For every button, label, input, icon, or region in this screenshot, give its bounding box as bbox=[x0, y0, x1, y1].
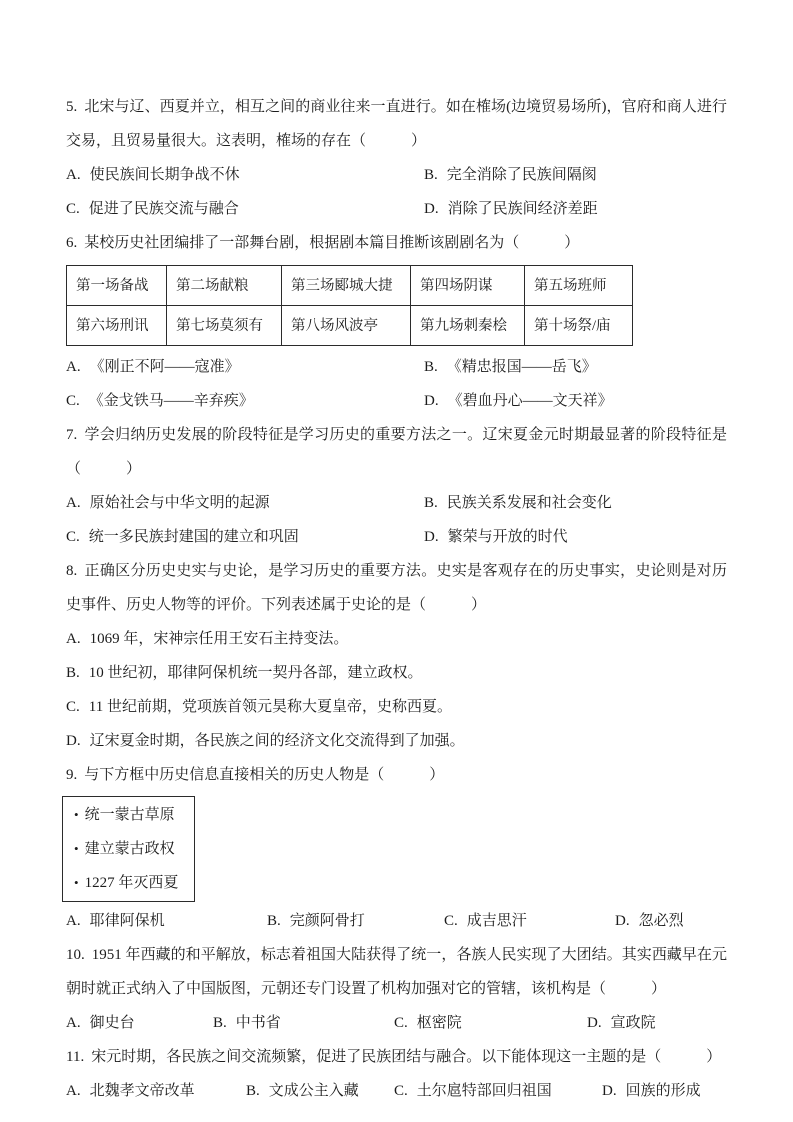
option-label: B. bbox=[424, 495, 438, 511]
question-stem: 10.1951 年西藏的和平解放，标志着祖国大陆获得了统一，各族人民实现了大团结… bbox=[66, 938, 727, 1006]
question-stem: 7.学会归纳历史发展的阶段特征是学习历史的重要方法之一。辽宋夏金元时期最显著的阶… bbox=[66, 418, 727, 486]
options-row: A.北魏孝文帝改革 B.文成公主入藏 C.土尔扈特部回归祖国 D.回族的形成 bbox=[66, 1074, 727, 1108]
option-a: A.使民族间长期争战不休 bbox=[66, 158, 424, 192]
option-label: A. bbox=[66, 167, 81, 183]
option-d: D.《碧血丹心——文天祥》 bbox=[424, 384, 727, 418]
option-label: D. bbox=[602, 1083, 617, 1099]
options-row: A.御史台 B.中书省 C.枢密院 D.宣政院 bbox=[66, 1006, 727, 1040]
option-text: 宣政院 bbox=[611, 1015, 656, 1031]
question-number: 6. bbox=[66, 235, 77, 251]
question-text: 与下方框中历史信息直接相关的历史人物是（ ） bbox=[84, 767, 444, 783]
option-label: D. bbox=[424, 201, 439, 217]
question-7: 7.学会归纳历史发展的阶段特征是学习历史的重要方法之一。辽宋夏金元时期最显著的阶… bbox=[66, 418, 727, 554]
option-text: 成吉思汗 bbox=[467, 913, 527, 929]
option-label: D. bbox=[424, 529, 439, 545]
table-cell: 第九场刺秦桧 bbox=[411, 306, 525, 346]
question-8: 8.正确区分历史史实与史论，是学习历史的重要方法。史实是客观存在的历史事实，史论… bbox=[66, 554, 727, 758]
option-text: 《金戈铁马——辛弃疾》 bbox=[89, 393, 254, 409]
question-stem: 6.某校历史社团编排了一部舞台剧，根据剧本篇目推断该剧剧名为（ ） bbox=[66, 226, 727, 260]
option-c: C.成吉思汗 bbox=[444, 904, 615, 938]
option-c: C.11 世纪前期，党项族首领元昊称大夏皇帝，史称西夏。 bbox=[66, 690, 727, 724]
option-text: 11 世纪前期，党项族首领元昊称大夏皇帝，史称西夏。 bbox=[89, 699, 452, 715]
question-11: 11.宋元时期，各民族之间交流频繁，促进了民族团结与融合。以下能体现这一主题的是… bbox=[66, 1040, 727, 1108]
option-label: A. bbox=[66, 631, 81, 647]
option-label: C. bbox=[66, 699, 80, 715]
bullet-icon: • bbox=[74, 807, 79, 822]
option-text: 北魏孝文帝改革 bbox=[90, 1083, 195, 1099]
option-label: C. bbox=[394, 1083, 408, 1099]
option-text: 辽宋夏金时期，各民族之间的经济文化交流得到了加强。 bbox=[90, 733, 465, 749]
question-text: 1951 年西藏的和平解放，标志着祖国大陆获得了统一，各族人民实现了大团结。其实… bbox=[66, 947, 727, 997]
option-text: 忽必烈 bbox=[639, 913, 684, 929]
question-text: 宋元时期，各民族之间交流频繁，促进了民族团结与融合。以下能体现这一主题的是（ ） bbox=[91, 1049, 721, 1065]
question-number: 9. bbox=[66, 767, 77, 783]
question-number: 7. bbox=[66, 427, 77, 443]
option-b: B.文成公主入藏 bbox=[246, 1074, 394, 1108]
option-text: 土尔扈特部回归祖国 bbox=[417, 1083, 552, 1099]
option-text: 繁荣与开放的时代 bbox=[448, 529, 568, 545]
play-scenes-table: 第一场备战 第二场献粮 第三场郾城大捷 第四场阴谋 第五场班师 第六场刑讯 第七… bbox=[66, 265, 633, 346]
list-item: •统一蒙古草原 bbox=[74, 798, 178, 832]
option-label: D. bbox=[615, 913, 630, 929]
option-label: C. bbox=[66, 529, 80, 545]
question-stem: 9.与下方框中历史信息直接相关的历史人物是（ ） bbox=[66, 758, 727, 792]
option-d: D.宣政院 bbox=[587, 1006, 656, 1040]
option-label: A. bbox=[66, 1083, 81, 1099]
question-10: 10.1951 年西藏的和平解放，标志着祖国大陆获得了统一，各族人民实现了大团结… bbox=[66, 938, 727, 1040]
table-cell: 第八场风波亭 bbox=[282, 306, 411, 346]
table-cell: 第四场阴谋 bbox=[411, 266, 525, 306]
list-item-text: 统一蒙古草原 bbox=[85, 807, 175, 823]
table-cell: 第七场莫须有 bbox=[167, 306, 282, 346]
table-cell: 第十场祭/庙 bbox=[525, 306, 633, 346]
option-c: C.促进了民族交流与融合 bbox=[66, 192, 424, 226]
option-label: D. bbox=[424, 393, 439, 409]
option-d: D.繁荣与开放的时代 bbox=[424, 520, 727, 554]
option-text: 消除了民族间经济差距 bbox=[448, 201, 598, 217]
option-label: C. bbox=[444, 913, 458, 929]
option-d: D.辽宋夏金时期，各民族之间的经济文化交流得到了加强。 bbox=[66, 724, 727, 758]
table-cell: 第一场备战 bbox=[67, 266, 167, 306]
option-text: 完全消除了民族间隔阂 bbox=[447, 167, 597, 183]
option-a: A.北魏孝文帝改革 bbox=[66, 1074, 246, 1108]
option-b: B.《精忠报国——岳飞》 bbox=[424, 350, 727, 384]
option-text: 1069 年，宋神宗任用王安石主持变法。 bbox=[90, 631, 349, 647]
option-label: A. bbox=[66, 359, 81, 375]
option-a: A.《刚正不阿——寇准》 bbox=[66, 350, 424, 384]
bullet-icon: • bbox=[74, 841, 79, 856]
question-number: 11. bbox=[66, 1049, 84, 1065]
option-label: D. bbox=[66, 733, 81, 749]
option-b: B.完颜阿骨打 bbox=[267, 904, 444, 938]
option-d: D.忽必烈 bbox=[615, 904, 684, 938]
table-row: 第一场备战 第二场献粮 第三场郾城大捷 第四场阴谋 第五场班师 bbox=[67, 266, 633, 306]
option-a: A.原始社会与中华文明的起源 bbox=[66, 486, 424, 520]
option-label: B. bbox=[66, 665, 80, 681]
list-item: •1227 年灭西夏 bbox=[74, 866, 178, 900]
option-c: C.枢密院 bbox=[394, 1006, 587, 1040]
option-text: 回族的形成 bbox=[626, 1083, 701, 1099]
option-text: 《精忠报国——岳飞》 bbox=[447, 359, 597, 375]
option-text: 《碧血丹心——文天祥》 bbox=[448, 393, 613, 409]
table-cell: 第六场刑讯 bbox=[67, 306, 167, 346]
option-b: B.10 世纪初，耶律阿保机统一契丹各部，建立政权。 bbox=[66, 656, 727, 690]
option-c: C.《金戈铁马——辛弃疾》 bbox=[66, 384, 424, 418]
question-text: 正确区分历史史实与史论，是学习历史的重要方法。史实是客观存在的历史事实，史论则是… bbox=[66, 563, 727, 613]
option-text: 民族关系发展和社会变化 bbox=[447, 495, 612, 511]
exam-page: 5.北宋与辽、西夏并立，相互之间的商业往来一直进行。如在榷场(边境贸易场所)，官… bbox=[0, 0, 793, 1122]
option-b: B.中书省 bbox=[213, 1006, 394, 1040]
option-text: 文成公主入藏 bbox=[269, 1083, 359, 1099]
question-5: 5.北宋与辽、西夏并立，相互之间的商业往来一直进行。如在榷场(边境贸易场所)，官… bbox=[66, 90, 727, 226]
option-label: A. bbox=[66, 495, 81, 511]
option-label: D. bbox=[587, 1015, 602, 1031]
options-row: A.耶律阿保机 B.完颜阿骨打 C.成吉思汗 D.忽必烈 bbox=[66, 904, 727, 938]
table-cell: 第五场班师 bbox=[525, 266, 633, 306]
options-grid: A.原始社会与中华文明的起源 B.民族关系发展和社会变化 C.统一多民族封建国的… bbox=[66, 486, 727, 554]
option-text: 统一多民族封建国的建立和巩固 bbox=[89, 529, 299, 545]
question-stem: 11.宋元时期，各民族之间交流频繁，促进了民族团结与融合。以下能体现这一主题的是… bbox=[66, 1040, 727, 1074]
option-text: 促进了民族交流与融合 bbox=[89, 201, 239, 217]
option-label: B. bbox=[246, 1083, 260, 1099]
question-text: 某校历史社团编排了一部舞台剧，根据剧本篇目推断该剧剧名为（ ） bbox=[84, 235, 579, 251]
option-label: B. bbox=[267, 913, 281, 929]
option-text: 使民族间长期争战不休 bbox=[90, 167, 240, 183]
option-c: C.土尔扈特部回归祖国 bbox=[394, 1074, 602, 1108]
options-grid: A.《刚正不阿——寇准》 B.《精忠报国——岳飞》 C.《金戈铁马——辛弃疾》 … bbox=[66, 350, 727, 418]
question-stem: 5.北宋与辽、西夏并立，相互之间的商业往来一直进行。如在榷场(边境贸易场所)，官… bbox=[66, 90, 727, 158]
info-box: •统一蒙古草原 •建立蒙古政权 •1227 年灭西夏 bbox=[62, 796, 195, 902]
option-text: 完颜阿骨打 bbox=[290, 913, 365, 929]
option-text: 御史台 bbox=[90, 1015, 135, 1031]
option-text: 枢密院 bbox=[417, 1015, 462, 1031]
question-6: 6.某校历史社团编排了一部舞台剧，根据剧本篇目推断该剧剧名为（ ） 第一场备战 … bbox=[66, 226, 727, 418]
list-item-text: 建立蒙古政权 bbox=[85, 841, 175, 857]
option-label: A. bbox=[66, 913, 81, 929]
option-text: 《刚正不阿——寇准》 bbox=[90, 359, 240, 375]
option-label: C. bbox=[394, 1015, 408, 1031]
table-cell: 第二场献粮 bbox=[167, 266, 282, 306]
bullet-icon: • bbox=[74, 875, 79, 890]
list-item: •建立蒙古政权 bbox=[74, 832, 178, 866]
question-number: 10. bbox=[66, 947, 85, 963]
table-row: 第六场刑讯 第七场莫须有 第八场风波亭 第九场刺秦桧 第十场祭/庙 bbox=[67, 306, 633, 346]
option-d: D.消除了民族间经济差距 bbox=[424, 192, 727, 226]
list-item-text: 1227 年灭西夏 bbox=[85, 875, 179, 891]
option-a: A.御史台 bbox=[66, 1006, 213, 1040]
question-text: 北宋与辽、西夏并立，相互之间的商业往来一直进行。如在榷场(边境贸易场所)，官府和… bbox=[66, 99, 727, 149]
option-b: B.民族关系发展和社会变化 bbox=[424, 486, 727, 520]
question-stem: 8.正确区分历史史实与史论，是学习历史的重要方法。史实是客观存在的历史事实，史论… bbox=[66, 554, 727, 622]
option-label: C. bbox=[66, 201, 80, 217]
question-number: 8. bbox=[66, 563, 77, 579]
question-number: 5. bbox=[66, 99, 77, 115]
options-grid: A.使民族间长期争战不休 B.完全消除了民族间隔阂 C.促进了民族交流与融合 D… bbox=[66, 158, 727, 226]
option-label: B. bbox=[213, 1015, 227, 1031]
option-label: B. bbox=[424, 359, 438, 375]
option-text: 中书省 bbox=[236, 1015, 281, 1031]
option-a: A.耶律阿保机 bbox=[66, 904, 267, 938]
table-cell: 第三场郾城大捷 bbox=[282, 266, 411, 306]
option-b: B.完全消除了民族间隔阂 bbox=[424, 158, 727, 192]
question-text: 学会归纳历史发展的阶段特征是学习历史的重要方法之一。辽宋夏金元时期最显著的阶段特… bbox=[66, 427, 727, 477]
option-label: C. bbox=[66, 393, 80, 409]
option-text: 10 世纪初，耶律阿保机统一契丹各部，建立政权。 bbox=[89, 665, 423, 681]
option-d: D.回族的形成 bbox=[602, 1074, 701, 1108]
option-c: C.统一多民族封建国的建立和巩固 bbox=[66, 520, 424, 554]
option-label: A. bbox=[66, 1015, 81, 1031]
question-9: 9.与下方框中历史信息直接相关的历史人物是（ ） •统一蒙古草原 •建立蒙古政权… bbox=[66, 758, 727, 938]
option-a: A.1069 年，宋神宗任用王安石主持变法。 bbox=[66, 622, 727, 656]
option-label: B. bbox=[424, 167, 438, 183]
option-text: 原始社会与中华文明的起源 bbox=[90, 495, 270, 511]
option-text: 耶律阿保机 bbox=[90, 913, 165, 929]
